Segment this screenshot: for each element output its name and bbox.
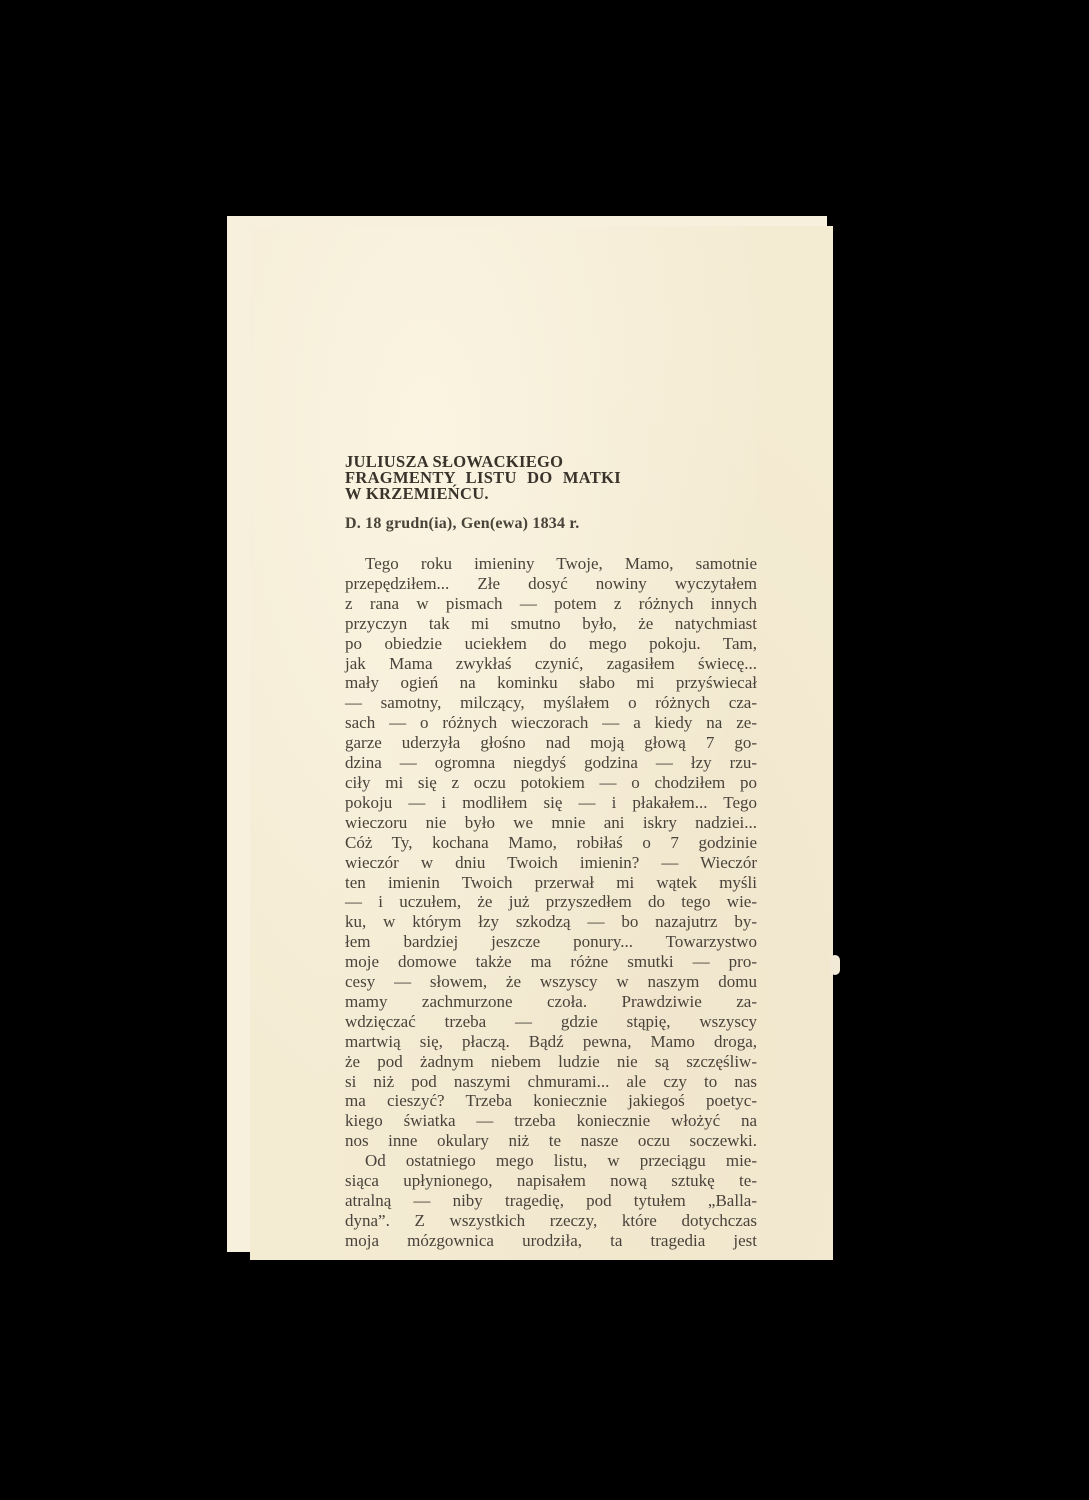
text-line: mamy zachmurzone czoła. Prawdziwie za- bbox=[345, 992, 757, 1012]
document-title: JULIUSZA SŁOWACKIEGO FRAGMENTY LISTU DO … bbox=[345, 454, 757, 502]
text-line: kiego światka — trzeba koniecznie włożyć… bbox=[345, 1111, 757, 1131]
letter-body: Tego roku imieniny Twoje, Mamo, samotnie… bbox=[345, 554, 757, 1251]
text-line: przepędziłem... Złe dosyć nowiny wyczyta… bbox=[345, 574, 757, 594]
text-line: wieczoru nie było we mnie ani iskry nadz… bbox=[345, 813, 757, 833]
text-line: wdzięczać trzeba — gdzie stąpię, wszyscy bbox=[345, 1012, 757, 1032]
text-line: ciły mi się z oczu potokiem — o chodziłe… bbox=[345, 773, 757, 793]
text-line: siąca upłynionego, napisałem nową sztukę… bbox=[345, 1171, 757, 1191]
text-line: — i uczułem, że już przyszedłem do tego … bbox=[345, 892, 757, 912]
text-line: ma cieszyć? Trzeba koniecznie jakiegoś p… bbox=[345, 1091, 757, 1111]
title-line-3: W KRZEMIEŃCU. bbox=[345, 486, 757, 502]
text-line: atralną — niby tragedię, pod tytułem „Ba… bbox=[345, 1191, 757, 1211]
text-line: Cóż Ty, kochana Mamo, robiłaś o 7 godzin… bbox=[345, 833, 757, 853]
text-line: martwią się, płaczą. Bądź pewna, Mamo dr… bbox=[345, 1032, 757, 1052]
text-line: — samotny, milczący, myślałem o różnych … bbox=[345, 693, 757, 713]
text-line: jak Mama zwykłaś czynić, zagasiłem świec… bbox=[345, 654, 757, 674]
text-line: dzina — ogromna niegdyś godzina — łzy rz… bbox=[345, 753, 757, 773]
text-line: z rana w pismach — potem z różnych innyc… bbox=[345, 594, 757, 614]
text-line: garze uderzyła głośno nad moją głową 7 g… bbox=[345, 733, 757, 753]
text-line: Tego roku imieniny Twoje, Mamo, samotnie bbox=[345, 554, 757, 574]
text-line: pokoju — i modliłem się — i płakałem... … bbox=[345, 793, 757, 813]
text-line: przyczyn tak mi smutno było, że natychmi… bbox=[345, 614, 757, 634]
text-line: sach — o różnych wieczorach — a kiedy na… bbox=[345, 713, 757, 733]
text-line: że pod żadnym niebem ludzie nie są szczę… bbox=[345, 1052, 757, 1072]
text-line: cesy — słowem, że wszyscy w naszym domu bbox=[345, 972, 757, 992]
text-line: si niż pod naszymi chmurami... ale czy t… bbox=[345, 1072, 757, 1092]
text-line: ten imienin Twoich przerwał mi wątek myś… bbox=[345, 873, 757, 893]
text-line: moja mózgownica urodziła, ta tragedia je… bbox=[345, 1231, 757, 1251]
text-line: moje domowe także ma różne smutki — pro- bbox=[345, 952, 757, 972]
text-line: po obiedzie uciekłem do mego pokoju. Tam… bbox=[345, 634, 757, 654]
text-line: nos inne okulary niż te nasze oczu socze… bbox=[345, 1131, 757, 1151]
text-line: Od ostatniego mego listu, w przeciągu mi… bbox=[345, 1151, 757, 1171]
text-line: łem bardziej jeszcze ponury... Towarzyst… bbox=[345, 932, 757, 952]
text-line: ku, w którym łzy szkodzą — bo nazajutrz … bbox=[345, 912, 757, 932]
text-line: wieczór w dniu Twoich imienin? — Wieczór bbox=[345, 853, 757, 873]
paper-torn-edge bbox=[830, 955, 840, 975]
letter-dateline: D. 18 grudn(ia), Gen(ewa) 1834 r. bbox=[345, 515, 757, 533]
text-line: mały ogień na kominku słabo mi przyświec… bbox=[345, 673, 757, 693]
letter-content: JULIUSZA SŁOWACKIEGO FRAGMENTY LISTU DO … bbox=[345, 454, 757, 1251]
text-line: dyna”. Z wszystkich rzeczy, które dotych… bbox=[345, 1211, 757, 1231]
